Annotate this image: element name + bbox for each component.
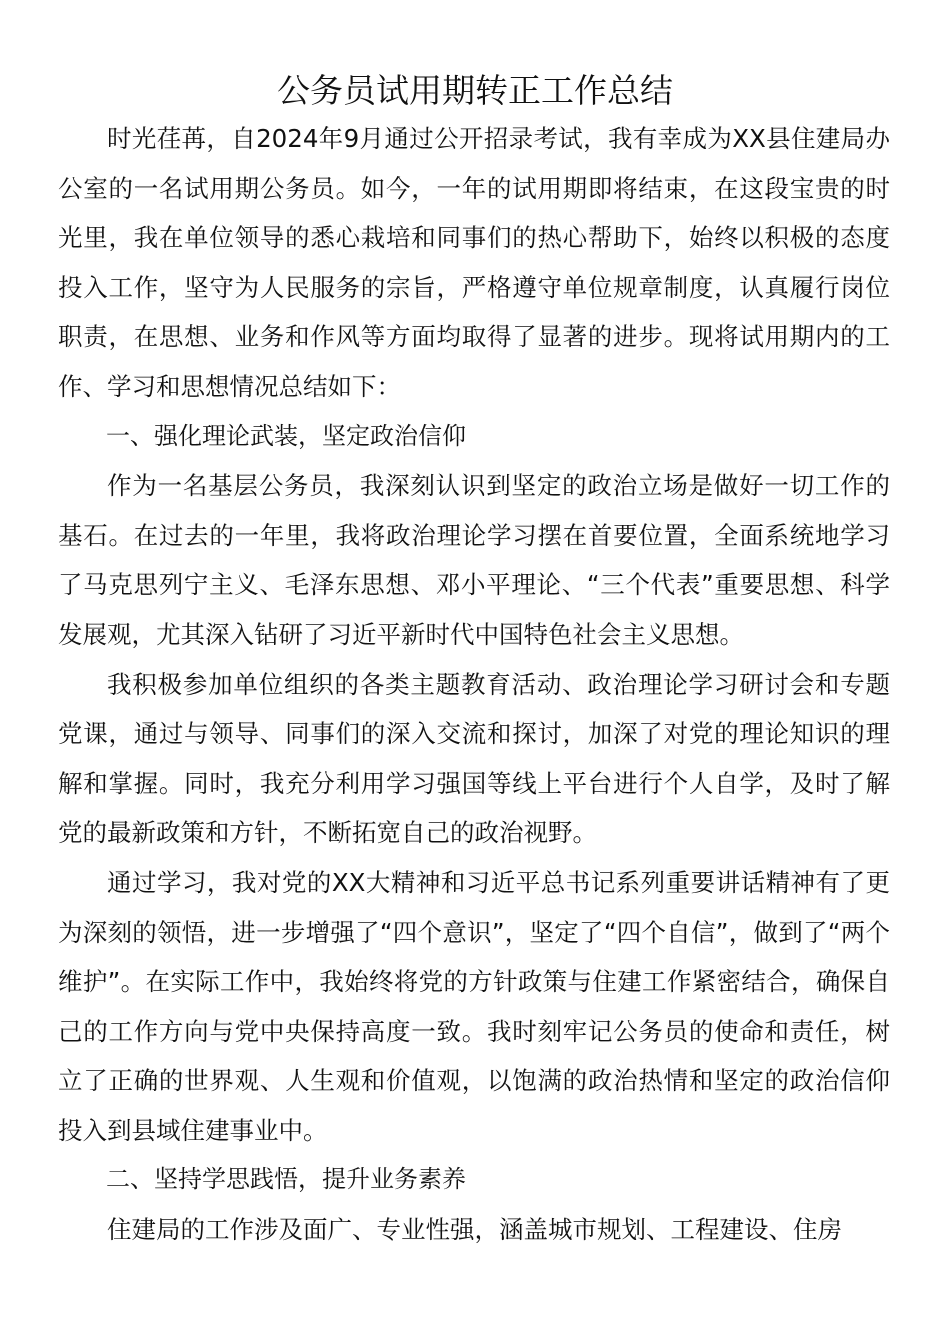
section-1-paragraph-1: 作为一名基层公务员，我深刻认识到坚定的政治立场是做好一切工作的基石。在过去的一年…	[58, 461, 890, 659]
document-title: 公务员试用期转正工作总结	[0, 66, 950, 116]
section-2-paragraph-1: 住建局的工作涉及面广、专业性强，涵盖城市规划、工程建设、住房	[58, 1205, 890, 1255]
section-1-heading: 一、强化理论武装，坚定政治信仰	[58, 412, 890, 462]
intro-paragraph: 时光荏苒，自2024年9月通过公开招录考试，我有幸成为XX县住建局办公室的一名试…	[58, 114, 890, 412]
section-1-paragraph-3: 通过学习，我对党的XX大精神和习近平总书记系列重要讲话精神有了更为深刻的领悟，进…	[58, 858, 890, 1156]
document-body: 时光荏苒，自2024年9月通过公开招录考试，我有幸成为XX县住建局办公室的一名试…	[58, 114, 890, 1255]
section-2-heading: 二、坚持学思践悟，提升业务素养	[58, 1155, 890, 1205]
section-1-paragraph-2: 我积极参加单位组织的各类主题教育活动、政治理论学习研讨会和专题党课，通过与领导、…	[58, 660, 890, 858]
document-page: 公务员试用期转正工作总结 时光荏苒，自2024年9月通过公开招录考试，我有幸成为…	[0, 0, 950, 1344]
